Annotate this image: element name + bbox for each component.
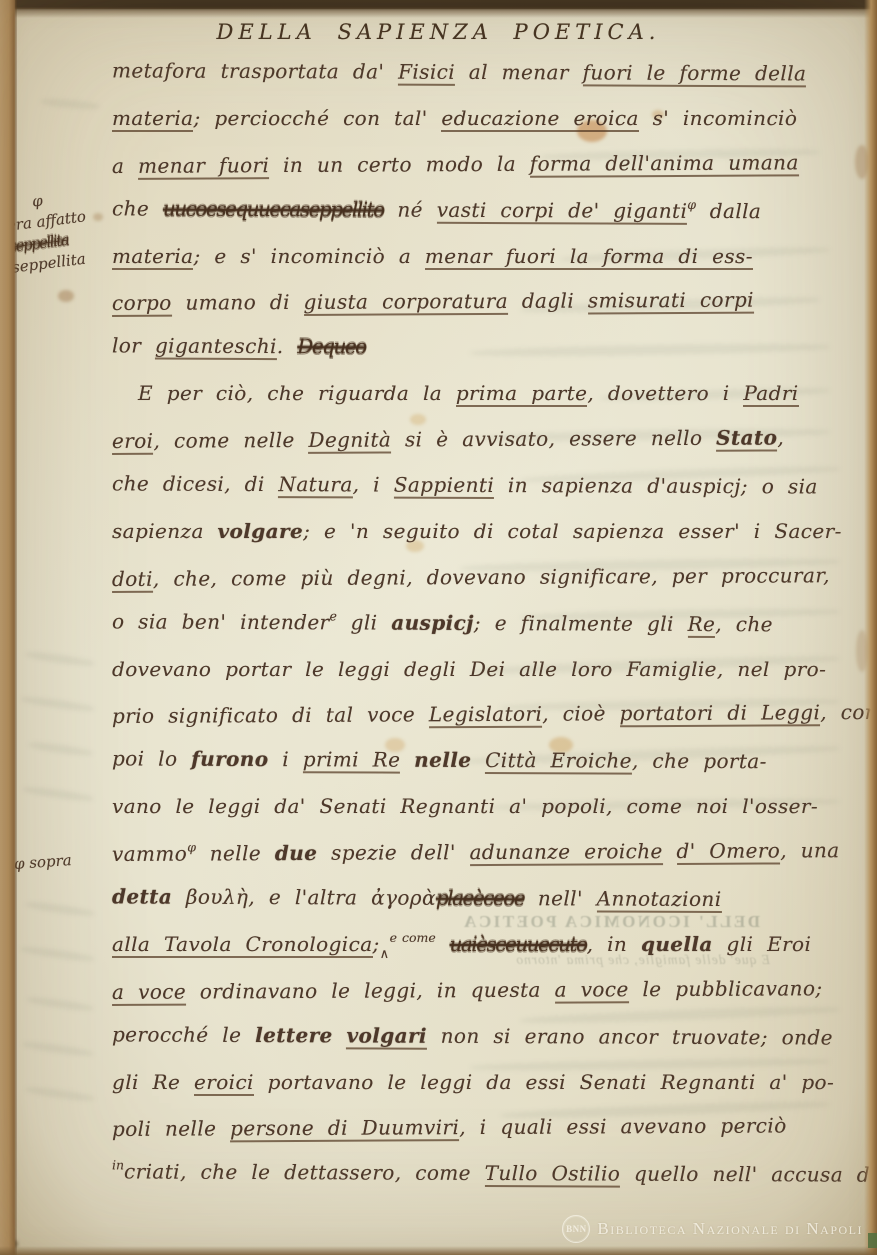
manuscript-line: corpo umano di giusta corporatura dagli …: [112, 278, 857, 328]
text-segment: [333, 1023, 347, 1047]
manuscript-line: che uucoesequuecaseppellito né vasti cor…: [112, 186, 857, 235]
text-segment: forma dell'anima umana: [530, 150, 799, 177]
page-edge-right: [864, 0, 877, 1255]
text-segment: , dovettero i: [587, 381, 743, 405]
text-segment: le pubblicavano;: [629, 976, 823, 1001]
foxing-spot: [93, 213, 103, 221]
page-edge-left: [0, 0, 16, 1255]
text-segment: , che porta-: [632, 749, 767, 774]
text-segment: portatori di Leggi: [620, 701, 821, 728]
page-edge-left-line: [15, 0, 17, 1255]
text-segment: primi Re: [303, 748, 401, 774]
text-segment: Dequeo: [297, 335, 366, 359]
manuscript-line: doti, che, come più degni, dovevano sign…: [112, 553, 857, 603]
text-segment: Tullo Ostilio: [485, 1161, 621, 1188]
text-segment: ∧: [380, 947, 390, 962]
text-segment: Re: [688, 612, 716, 638]
text-segment: φ: [187, 840, 196, 855]
text-segment: [436, 932, 450, 956]
text-segment: [663, 839, 677, 863]
text-segment: ordinavano le leggi, in questa: [186, 977, 555, 1003]
manuscript-line: dovevano portar le leggi degli Dei alle …: [112, 647, 857, 693]
text-segment: eroici: [194, 1070, 254, 1096]
text-segment: φ: [687, 197, 696, 212]
text-segment: plaeèceoe: [436, 886, 524, 910]
bleed-through-streak: [26, 995, 94, 1012]
text-segment: nelle: [196, 841, 275, 865]
text-segment: metafora trasportata da': [112, 58, 398, 83]
text-segment: detta: [112, 884, 172, 908]
bleed-through-streak: [22, 1040, 94, 1058]
manuscript-line: gli Re eroici portavano le leggi da essi…: [112, 1060, 857, 1106]
text-segment: [471, 748, 485, 772]
manuscript-line: poli nelle persone di Duumviri, i quali …: [112, 1104, 857, 1154]
text-segment: [400, 748, 414, 772]
text-segment: o sia ben' intender: [112, 609, 330, 634]
text-segment: uucoesequuecaseppellito: [163, 196, 384, 221]
text-segment: E per ciò, che riguarda la: [138, 381, 456, 405]
text-segment: giganteschi: [155, 334, 277, 361]
manuscript-line: prio significato di tal voce Legislatori…: [112, 691, 857, 741]
text-segment: dalla: [696, 199, 761, 223]
manuscript-line: incriati, che le dettassero, come Tullo …: [112, 1150, 857, 1199]
text-segment: , cioè: [542, 702, 619, 726]
text-segment: , una: [780, 838, 840, 862]
text-segment: ; perciocché con tal': [193, 106, 441, 130]
text-segment: gli Re: [112, 1070, 194, 1094]
foxing-spot: [58, 290, 74, 302]
manuscript-page: { "page": { "title": "DELLA SAPIENZA POE…: [0, 0, 877, 1255]
text-segment: e come: [390, 930, 436, 945]
text-segment: volgari: [346, 1023, 427, 1049]
text-segment: spezie dell': [317, 840, 469, 865]
text-segment: vammo: [112, 842, 187, 866]
text-segment: , come nelle: [153, 428, 308, 453]
text-segment: menar fuori: [138, 153, 269, 180]
text-segment: che dicesi, di: [112, 471, 279, 496]
manuscript-line: sapienza volgare; e 'n seguito di cotal …: [112, 509, 857, 555]
text-segment: Stato: [716, 426, 777, 452]
text-segment: volgare: [218, 519, 304, 543]
text-segment: s' incominciò: [639, 106, 797, 130]
manuscript-line: che dicesi, di Natura, i Sappienti in sa…: [112, 461, 857, 510]
text-segment: in: [112, 1158, 124, 1173]
manuscript-line: detta βουλὴ, e l'altra ἀγορὰplaeèceoe ne…: [112, 874, 857, 923]
manuscript-line: E per ciò, che riguarda la prima parte, …: [112, 371, 857, 417]
text-segment: auspicj: [391, 610, 474, 634]
text-segment: dagli: [508, 289, 588, 313]
text-segment: vano le leggi da' Senati Regnanti a' pop…: [112, 794, 818, 818]
text-segment: persone di Duumviri: [230, 1116, 459, 1143]
bleed-through-streak: [22, 785, 94, 803]
text-segment: portavano le leggi da essi Senati Regnan…: [254, 1070, 834, 1094]
text-segment: smisurati corpi: [588, 288, 754, 315]
text-segment: prima parte: [456, 381, 588, 407]
text-segment: a: [112, 154, 138, 178]
text-segment: doti: [112, 567, 153, 593]
text-segment: , che, come più degni, dovevano signific…: [153, 563, 830, 591]
text-segment: due: [275, 841, 318, 865]
text-segment: educazione eroica: [441, 106, 638, 132]
bleed-through-streak: [25, 900, 95, 918]
text-segment: i: [268, 747, 302, 771]
text-segment: lor: [112, 334, 155, 358]
text-segment: materia: [112, 106, 193, 132]
text-segment: adunanze eroiche: [470, 839, 663, 866]
manuscript-line: perocché le lettere volgari non si erano…: [112, 1012, 857, 1061]
text-segment: poli nelle: [112, 1117, 230, 1142]
text-segment: Città Eroiche: [485, 748, 632, 775]
margin-note: φ sopra: [13, 850, 72, 875]
library-watermark: BNN Biblioteca Nazionale di Napoli: [562, 1215, 863, 1243]
text-segment: al menar: [455, 60, 583, 85]
text-segment: in un certo modo la: [269, 152, 530, 177]
manuscript-line: materia; perciocché con tal' educazione …: [112, 96, 857, 142]
bleed-through-streak: [25, 650, 95, 668]
text-segment: Sappienti: [394, 473, 495, 499]
binding-edge-top: [0, 0, 877, 18]
text-segment: perocché le: [112, 1022, 255, 1047]
text-segment: quella: [641, 932, 713, 956]
text-segment: , che: [715, 612, 773, 636]
text-segment: nelle: [414, 748, 471, 772]
text-segment: .: [277, 334, 298, 358]
text-segment: βουλὴ, e l'altra ἀγορὰ: [172, 885, 436, 910]
text-segment: corpo: [112, 291, 172, 317]
manuscript-line: metafora trasportata da' Fisici al menar…: [112, 48, 857, 97]
text-segment: dovevano portar le leggi degli Dei alle …: [112, 657, 826, 681]
manuscript-line: vammoφ nelle due spezie dell' adunanze e…: [112, 828, 857, 878]
text-segment: , i: [353, 472, 394, 496]
manuscript-line: materia; e s' incominciò a menar fuori l…: [112, 234, 857, 280]
text-segment: , in: [587, 932, 641, 956]
text-segment: ,: [777, 426, 784, 450]
text-segment: fuori le forme della: [583, 60, 807, 87]
text-segment: non si erano ancor truovate; onde: [427, 1023, 833, 1049]
text-segment: gli: [337, 610, 391, 634]
text-segment: uaièsceuuecuto: [450, 932, 587, 956]
text-segment: menar fuori la forma di ess-: [425, 244, 753, 270]
text-segment: Legislatori: [429, 702, 542, 729]
text-segment: Padri: [743, 381, 798, 407]
text-segment: Annotazioni: [597, 887, 722, 914]
text-segment: quello nell' accusa d': [620, 1162, 876, 1187]
text-segment: φ sopra: [13, 851, 72, 873]
manuscript-line: a voce ordinavano le leggi, in questa a …: [112, 966, 857, 1016]
text-segment: vasti corpi de' giganti: [437, 197, 688, 224]
text-segment: a voce: [555, 977, 629, 1003]
text-segment: ; e s' incominciò a: [193, 244, 424, 268]
bleed-through-streak: [20, 945, 95, 963]
text-segment: Natura: [278, 472, 352, 498]
text-segment: umano di: [172, 290, 304, 315]
text-segment: criati, che le dettassero, come: [124, 1160, 485, 1186]
text-segment: che: [112, 196, 163, 220]
text-segment: ; e 'n seguito di cotal sapienza esser' …: [303, 519, 842, 543]
manuscript-lines: metafora trasportata da' Fisici al menar…: [112, 50, 857, 1197]
library-logo-monogram: BNN: [566, 1224, 587, 1234]
manuscript-line: vano le leggi da' Senati Regnanti a' pop…: [112, 784, 857, 830]
text-segment: e: [330, 608, 337, 623]
page-edge-speck: [868, 1233, 877, 1248]
text-segment: furono: [191, 747, 268, 771]
bleed-through-streak: [40, 97, 100, 110]
library-logo-icon: BNN: [562, 1215, 590, 1243]
text-segment: , i quali essi avevano perciò: [459, 1114, 786, 1140]
manuscript-line: alla Tavola Cronologica;∧e come uaièsceu…: [112, 922, 857, 968]
text-segment: alla Tavola Cronologica: [112, 932, 373, 958]
text-segment: a voce: [112, 979, 186, 1005]
text-segment: ; e finalmente gli: [474, 611, 688, 636]
text-segment: ;: [373, 932, 380, 956]
bleed-through-streak: [28, 741, 93, 758]
text-segment: nell': [524, 886, 597, 910]
text-segment: materia: [112, 244, 193, 270]
manuscript-line: o sia ben' intendere gli auspicj; e fina…: [112, 599, 857, 648]
text-segment: sapienza: [112, 519, 218, 543]
text-segment: gli Eroi: [713, 932, 812, 956]
text-segment: Fisici: [398, 60, 455, 86]
page-edge-bottom: [0, 1246, 877, 1255]
text-segment: né: [384, 197, 437, 221]
page-title: DELLA SAPIENZA POETICA.: [0, 20, 877, 44]
text-segment: Degnità: [308, 428, 391, 454]
bleed-through-streak: [20, 695, 95, 713]
manuscript-line: a menar fuori in un certo modo la forma …: [112, 140, 857, 190]
text-segment: in sapienza d'auspicj; o sia: [494, 473, 818, 498]
manuscript-line: poi lo furono i primi Re nelle Città Ero…: [112, 737, 857, 786]
text-segment: poi lo: [112, 747, 191, 771]
text-segment: si è avvisato, essere nello: [391, 426, 716, 452]
bleed-through-streak: [25, 1085, 95, 1103]
library-watermark-label: Biblioteca Nazionale di Napoli: [597, 1219, 863, 1239]
text-segment: giusta corporatura: [304, 289, 509, 316]
manuscript-line: eroi, come nelle Degnità si è avvisato, …: [112, 415, 857, 465]
text-segment: prio significato di tal voce: [112, 703, 429, 729]
text-segment: lettere: [255, 1023, 333, 1047]
manuscript-line: lor giganteschi. Dequeo: [112, 324, 857, 373]
text-segment: eroi: [112, 429, 154, 455]
margin-note-line: φ sopra: [13, 850, 72, 875]
text-segment: d' Omero: [676, 839, 780, 866]
